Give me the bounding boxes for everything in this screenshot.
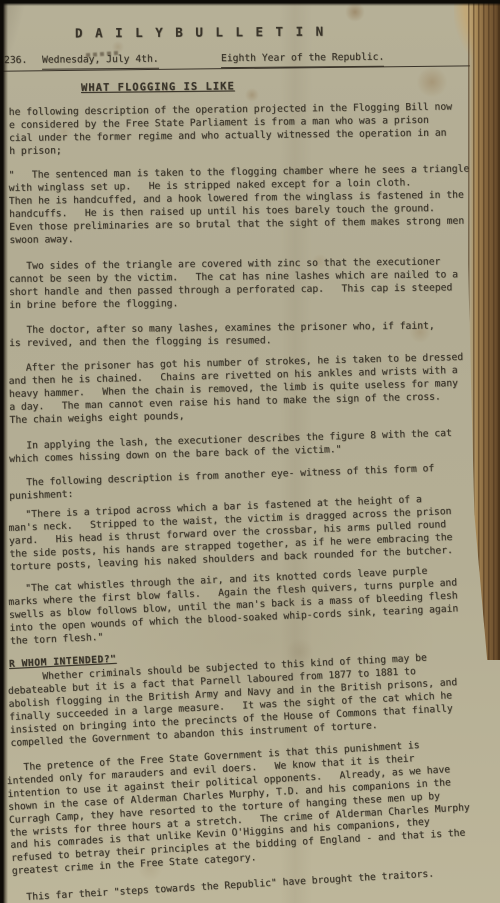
republic-year-note: Eighth Year of the Republic.	[221, 52, 384, 68]
paragraph: Two sides of the triangle are covered wi…	[9, 256, 492, 313]
dateline-row: 236. Wednesday, July 4th. Eighth Year of…	[9, 51, 491, 71]
page-content: D A I L Y B U L L E T I N 236. Wednesday…	[9, 20, 491, 903]
paragraph: After the prisoner has got his number of…	[8, 352, 491, 428]
bulletin-masthead: D A I L Y B U L L E T I N	[75, 25, 491, 41]
paragraph: "The cat whistles through the air, and i…	[8, 563, 492, 648]
article-blocks: he following description of the operatio…	[9, 107, 491, 903]
article-headline: WHAT FLOGGING IS LIKE	[81, 78, 491, 95]
paragraph: The doctor, after so many lashes, examin…	[9, 319, 491, 350]
scanned-document-page: D A I L Y B U L L E T I N 236. Wednesday…	[0, 0, 500, 903]
binding-shadow-left	[0, 0, 8, 903]
paragraph: "There is a tripod across which a bar is…	[8, 492, 492, 575]
paragraph: " The sentenced man is taken to the flog…	[8, 164, 491, 248]
scan-edge-top	[0, 0, 500, 6]
paragraph: he following description of the operatio…	[9, 101, 492, 159]
paragraph: In applying the lash, the executioner de…	[9, 427, 492, 467]
paragraph: The pretence of the Free State Governmen…	[6, 736, 494, 879]
